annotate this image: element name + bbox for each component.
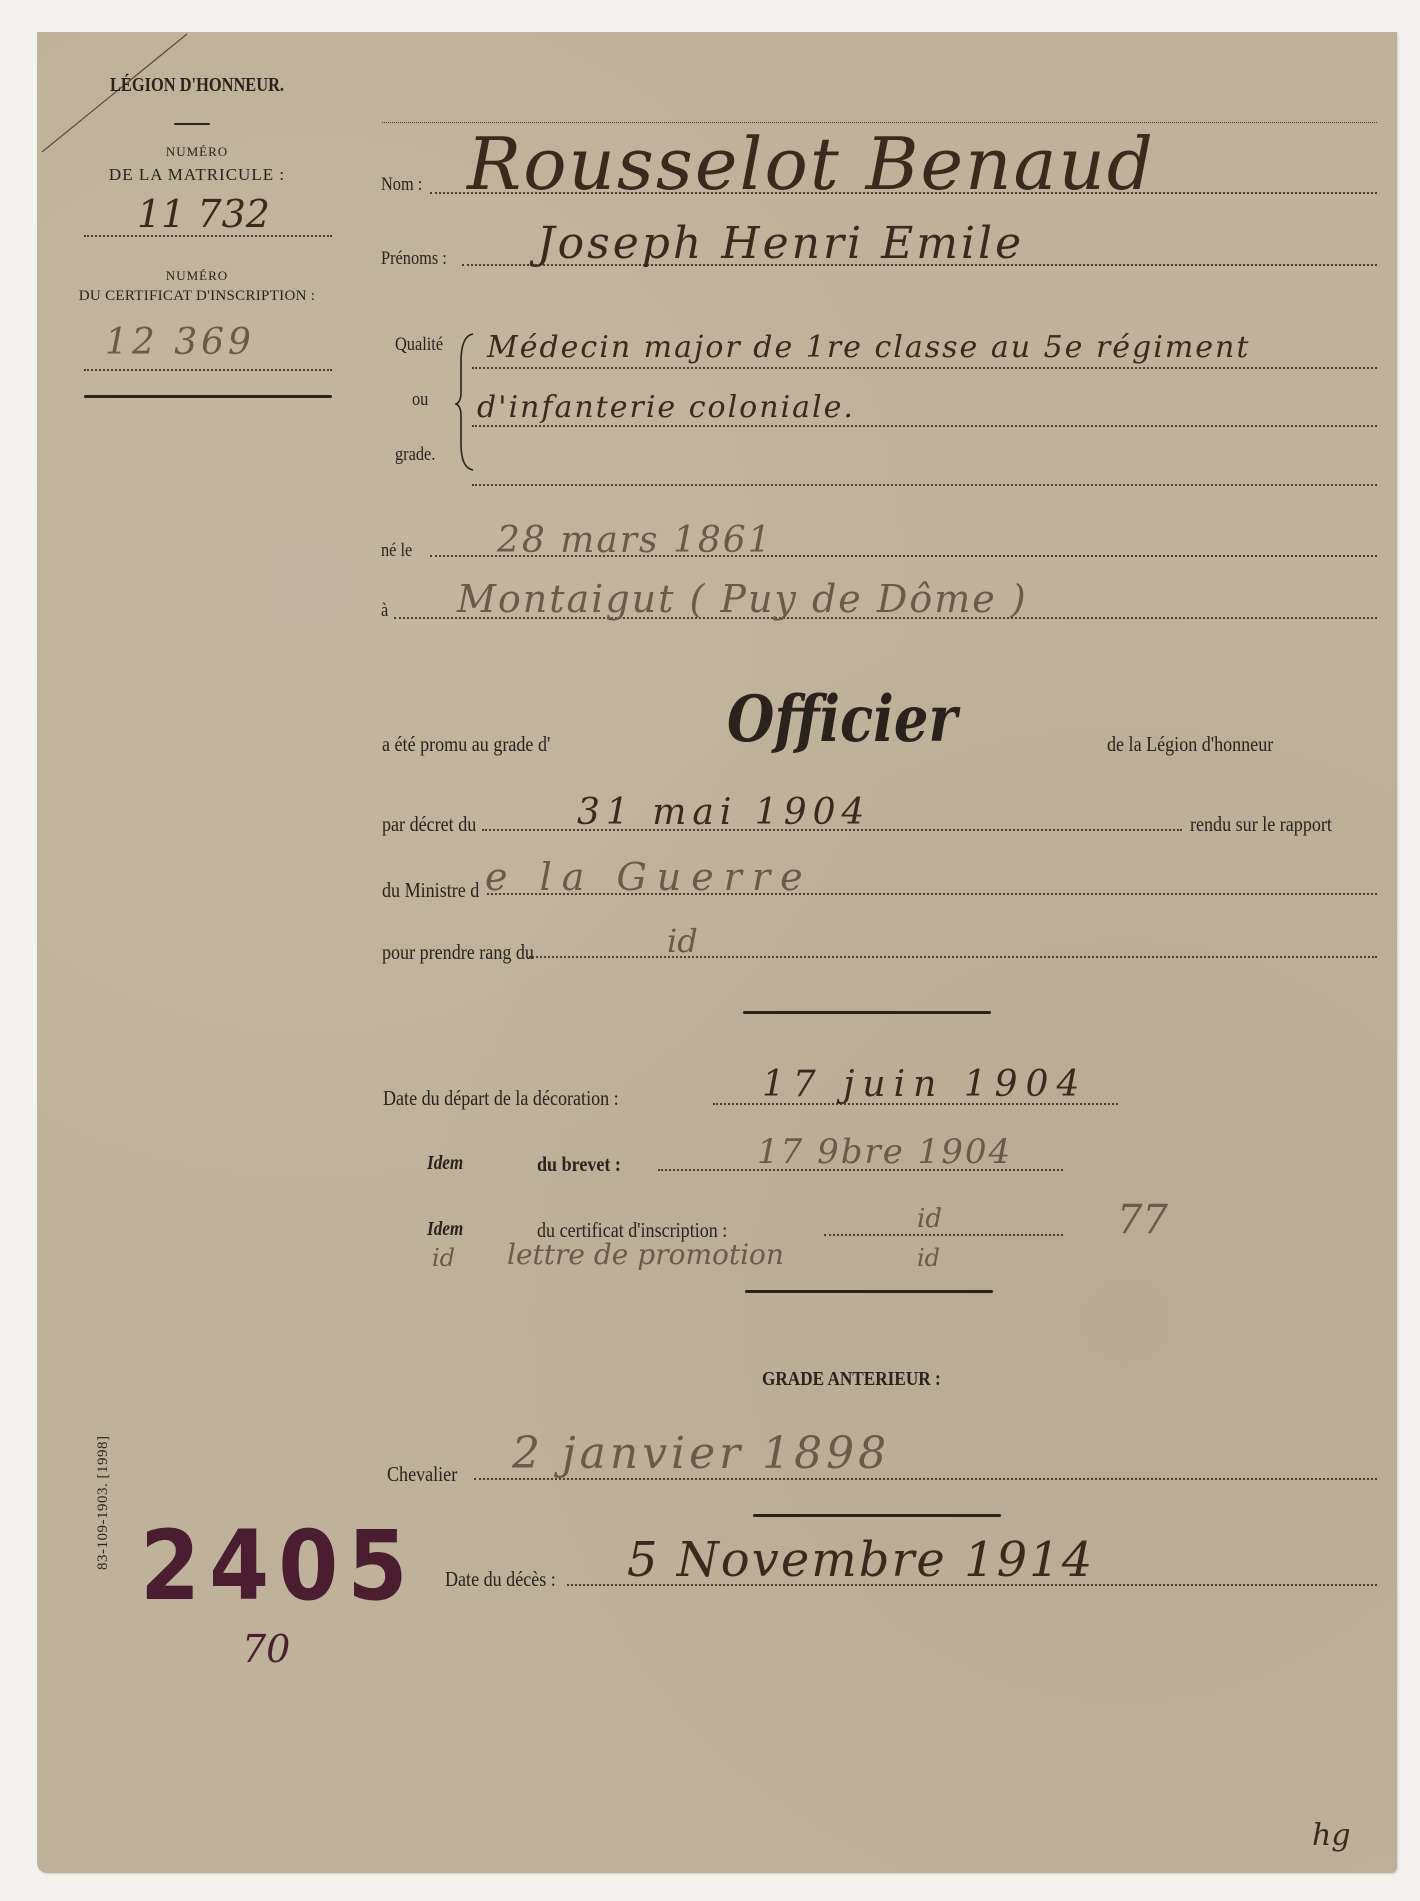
certificat-label-1: NUMÉRO [87,268,307,284]
deces-value: 5 Novembre 1914 [627,1532,1094,1588]
matricule-value: 11 732 [137,192,270,236]
qualite-value-1: Médecin major de 1re classe au 5e régime… [487,330,1250,365]
idem-2: Idem [427,1218,463,1241]
a-label: à [381,600,388,622]
nom-value: Rousselot Benaud [467,122,1155,206]
qualite-label-2: ou [412,389,428,411]
section-divider-3 [753,1514,1001,1517]
a-value: Montaigut ( Puy de Dôme ) [457,577,1028,621]
ministre-value: e la Guerre [485,855,813,899]
margin-note: 77 [1117,1197,1168,1243]
certificat-inscription-line [824,1234,1063,1236]
prenoms-value: Joseph Henri Emile [537,218,1024,269]
qualite-brace [455,332,477,472]
section-divider-1 [743,1011,991,1014]
qualite-line-3 [472,484,1377,486]
initials: hg [1312,1818,1351,1853]
grade-anterieur-title: GRADE ANTERIEUR : [762,1368,941,1391]
brevet-label: du brevet : [537,1152,621,1177]
chevalier-label: Chevalier [387,1462,457,1487]
ne-le-value: 28 mars 1861 [497,520,773,561]
qualite-label-3: grade. [395,444,435,466]
nom-label: Nom : [381,174,422,196]
qualite-line-2 [472,425,1377,427]
promu-label: a été promu au grade d' [382,732,550,757]
section-divider-2 [745,1290,993,1293]
rang-value: id [667,922,698,960]
decret-value: 31 mai 1904 [577,792,870,833]
idem-1: Idem [427,1152,463,1175]
rapport-label: rendu sur le rapport [1190,812,1332,837]
matricule-line [84,235,332,237]
qualite-label-1: Qualité [395,334,443,356]
printer-code: 83-109-1903. [1998] [95,1436,112,1570]
depart-value: 17 juin 1904 [762,1064,1087,1105]
certificat-label-2: DU CERTIFICAT D'INSCRIPTION : [57,288,337,305]
depart-label: Date du départ de la décoration : [383,1086,619,1111]
legion-title: LÉGION D'HONNEUR. [107,74,287,97]
chevalier-value: 2 janvier 1898 [512,1428,890,1479]
archive-stamp-number: 2405 [140,1510,416,1622]
certificat-inscription-value: id [917,1204,942,1234]
certificat-value: 12 369 [105,322,255,363]
title-divider [174,123,210,125]
prenoms-label: Prénoms : [381,248,447,270]
rang-line [529,956,1377,958]
ministre-label: du Ministre d [382,878,479,903]
rang-label: pour prendre rang du [382,940,534,965]
legion-label: de la Légion d'honneur [1107,732,1273,757]
qualite-value-2: d'infanterie coloniale. [477,390,855,425]
brevet-value: 17 9bre 1904 [757,1132,1012,1172]
lettre-label: lettre de promotion [507,1238,784,1271]
lettre-prefix: id [432,1244,455,1272]
ne-le-label: né le [381,540,412,562]
decret-label: par décret du [382,812,476,837]
deces-label: Date du décès : [445,1567,556,1592]
corner-pen-stroke [37,32,197,162]
certificat-line [84,369,332,371]
matricule-label-2: DE LA MATRICULE : [77,165,317,185]
matricule-label-1: NUMÉRO [87,144,307,160]
document-page: LÉGION D'HONNEUR. NUMÉRO DE LA MATRICULE… [37,32,1397,1873]
header-bottom-rule [84,395,332,398]
grade-officier: Officier [727,682,957,757]
handwritten-number: 70 [242,1627,290,1671]
qualite-line-1 [472,367,1377,369]
lettre-value: id [917,1244,940,1272]
